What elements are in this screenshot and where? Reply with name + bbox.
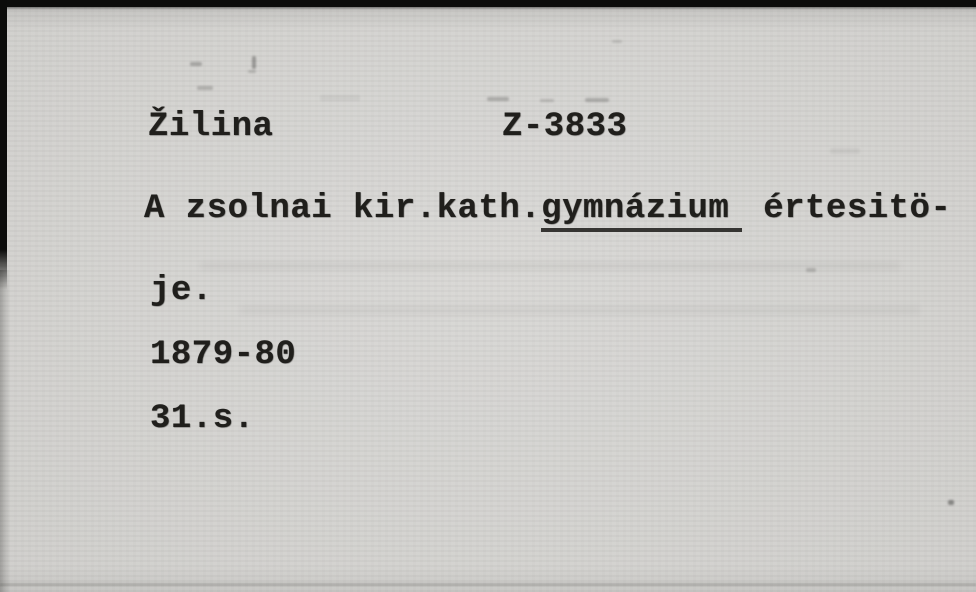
title-pre: A zsolnai kir.kath. [144, 190, 541, 228]
smudge-mark [540, 99, 554, 102]
heading-place-name: Žilina [148, 110, 273, 144]
scanner-left-edge [0, 0, 7, 290]
ghost-band [240, 305, 920, 315]
scanner-top-edge-fray [0, 7, 976, 10]
smudge-mark [248, 70, 256, 73]
smudge-mark [830, 148, 860, 154]
smudge-mark [190, 62, 202, 66]
title-underlined-word: gymnázium [541, 190, 742, 232]
call-number: Z-3833 [502, 110, 627, 144]
smudge-mark [806, 268, 816, 272]
ghost-band [200, 262, 900, 270]
smudge-mark [252, 56, 256, 69]
title-line: A zsolnai kir.kath.gymnázium értesitö- [144, 192, 951, 226]
title-continuation: je. [150, 274, 213, 308]
smudge-mark [320, 95, 360, 101]
title-post: értesitö- [742, 190, 951, 228]
catalog-card-scan: Žilina Z-3833 A zsolnai kir.kath.gymnázi… [0, 0, 976, 592]
year-range: 1879-80 [150, 338, 296, 372]
card-left-edge-shadow [0, 270, 10, 592]
smudge-mark [612, 40, 622, 43]
smudge-mark [487, 97, 509, 101]
smudge-mark [585, 98, 609, 102]
smudge-mark [948, 500, 954, 505]
card-bottom-edge [0, 583, 976, 586]
page-count: 31.s. [150, 402, 255, 436]
scanner-top-edge [0, 0, 976, 7]
smudge-mark [197, 86, 213, 90]
